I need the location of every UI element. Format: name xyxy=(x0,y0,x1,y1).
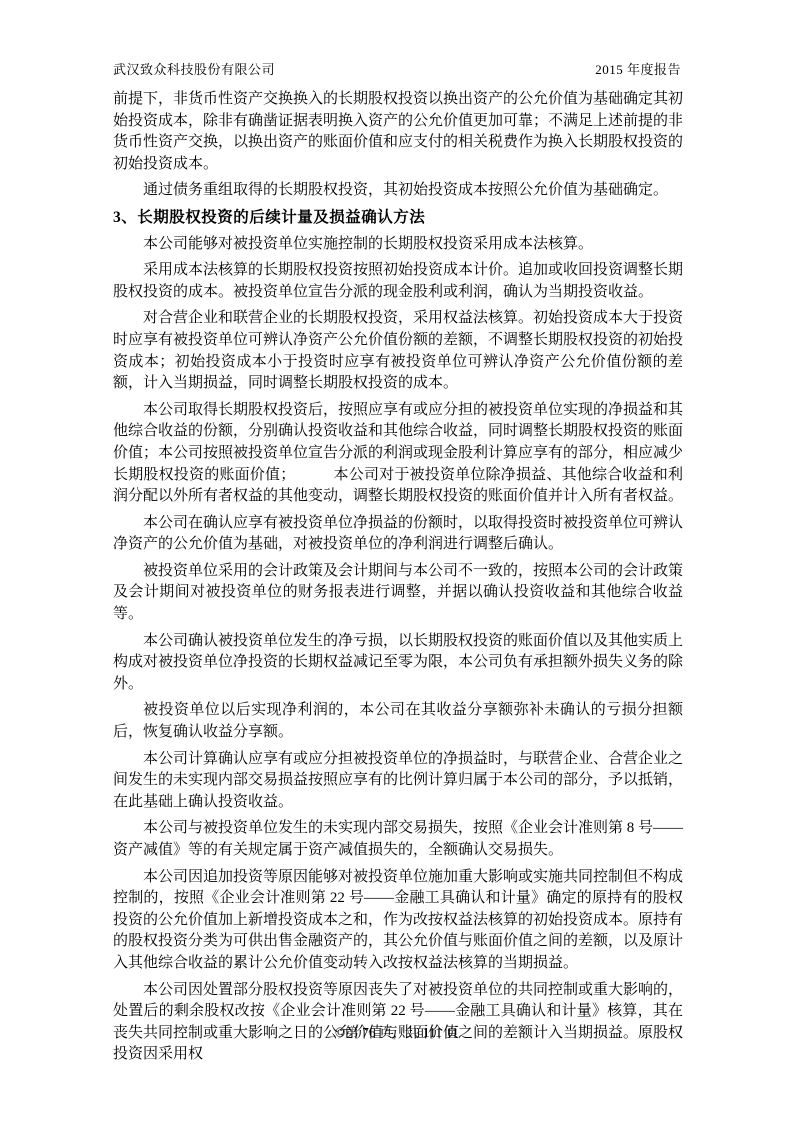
paragraph: 本公司因追加投资等原因能够对被投资单位施加重大影响或实施共同控制但不构成控制的，… xyxy=(113,867,683,975)
paragraph: 被投资单位采用的会计政策及会计期间与本公司不一致的，按照本公司的会计政策及会计期… xyxy=(113,561,683,626)
company-name: 武汉致众科技股份有限公司 xyxy=(113,59,275,78)
paragraph: 本公司取得长期股权投资后，按照应享有或应分担的被投资单位实现的净损益和其他综合收… xyxy=(113,400,683,508)
paragraph: 本公司计算确认应享有或应分担被投资单位的净损益时，与联营企业、合营企业之间发生的… xyxy=(113,749,683,814)
report-title: 2015 年度报告 xyxy=(595,59,681,78)
page-number-text: ©第 76 页，共 111 页 xyxy=(335,1025,459,1040)
paragraph: 本公司确认被投资单位发生的净亏损，以长期股权投资的账面价值以及其他实质上构成对被… xyxy=(113,631,683,696)
paragraph: 本公司与被投资单位发生的未实现内部交易损失，按照《企业会计准则第 8 号——资产… xyxy=(113,818,683,861)
paragraph: 前提下，非货币性资产交换换入的长期股权投资以换出资产的公允价值为基础确定其初始投… xyxy=(113,89,683,175)
paragraph: 本公司能够对被投资单位实施控制的长期股权投资采用成本法核算。 xyxy=(113,234,683,256)
document-body: 前提下，非货币性资产交换换入的长期股权投资以换出资产的公允价值为基础确定其初始投… xyxy=(113,89,683,1071)
paragraph: 被投资单位以后实现净利润的，本公司在其收益分享额弥补未确认的亏损分担额后，恢复确… xyxy=(113,700,683,743)
paragraph: 采用成本法核算的长期股权投资按照初始投资成本计价。追加或收回投资调整长期股权投资… xyxy=(113,260,683,303)
paragraph: 对合营企业和联营企业的长期股权投资，采用权益法核算。初始投资成本大于投资时应享有… xyxy=(113,308,683,394)
document-page: 武汉致众科技股份有限公司 2015 年度报告 前提下，非货币性资产交换换入的长期… xyxy=(0,0,794,1123)
page-header: 武汉致众科技股份有限公司 2015 年度报告 xyxy=(113,59,681,78)
section-heading: 3、长期股权投资的后续计量及损益确认方法 xyxy=(113,207,683,229)
paragraph: 本公司在确认应享有被投资单位净损益的份额时，以取得投资时被投资单位可辨认净资产的… xyxy=(113,513,683,556)
page-footer: ©第 76 页，共 111 页 xyxy=(0,1021,794,1041)
paragraph: 通过债务重组取得的长期股权投资，其初始投资成本按照公允价值为基础确定。 xyxy=(113,180,683,202)
